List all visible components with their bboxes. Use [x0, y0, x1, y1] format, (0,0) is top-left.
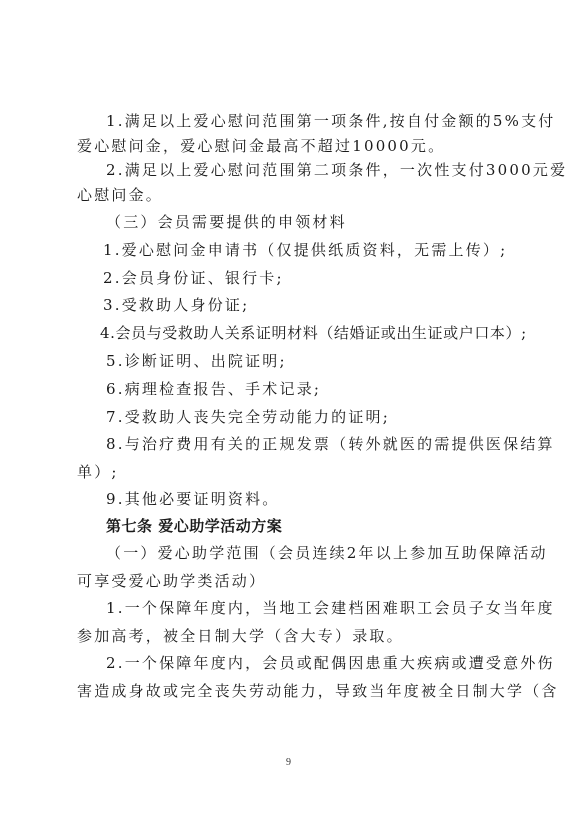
article-heading: 第七条 爱心助学活动方案 [106, 516, 505, 536]
list-item: 8.与治疗费用有关的正规发票（转外就医的需提供医保结算 [106, 434, 505, 454]
list-item: 6.病理检查报告、手术记录; [106, 379, 505, 399]
paragraph-line: 心慰问金。 [77, 185, 505, 205]
document-page: 1.满足以上爱心慰问范围第一项条件,按自付金额的5%支付 爱心慰问金，爱心慰问金… [0, 0, 577, 817]
list-item: 4.会员与受救助人关系证明材料（结婚证或出生证或户口本）; [100, 323, 528, 343]
paragraph-line: 参加高考，被全日制大学（含大专）录取。 [77, 626, 505, 646]
list-item: 3.受救助人身份证; [103, 295, 531, 315]
section-subheading: （三）会员需要提供的申领材料 [106, 212, 505, 232]
list-item-continuation: 单）; [77, 462, 505, 482]
list-item: 2.会员身份证、银行卡; [103, 268, 531, 288]
list-item: 1.爱心慰问金申请书（仅提供纸质资料，无需上传）; [103, 240, 531, 260]
paragraph-line: 爱心慰问金，爱心慰问金最高不超过10000元。 [77, 136, 505, 156]
paragraph-line: 1.满足以上爱心慰问范围第一项条件,按自付金额的5%支付 [106, 111, 505, 131]
paragraph-line: 2.一个保障年度内，会员或配偶因患重大疾病或遭受意外伤 [106, 653, 505, 673]
page-number: 9 [286, 757, 291, 768]
paragraph-line: 可享受爱心助学类活动） [77, 571, 505, 591]
list-item: 7.受救助人丧失完全劳动能力的证明; [106, 407, 505, 427]
paragraph-line: 1.一个保障年度内，当地工会建档困难职工会员子女当年度 [106, 598, 505, 618]
paragraph-line: （一）爱心助学范围（会员连续2年以上参加互助保障活动 [106, 543, 505, 563]
paragraph-line: 2.满足以上爱心慰问范围第二项条件，一次性支付3000元爱 [106, 160, 505, 180]
paragraph-line: 害造成身故或完全丧失劳动能力，导致当年度被全日制大学（含 [77, 681, 505, 701]
list-item: 5.诊断证明、出院证明; [106, 351, 505, 371]
list-item: 9.其他必要证明资料。 [106, 489, 505, 509]
